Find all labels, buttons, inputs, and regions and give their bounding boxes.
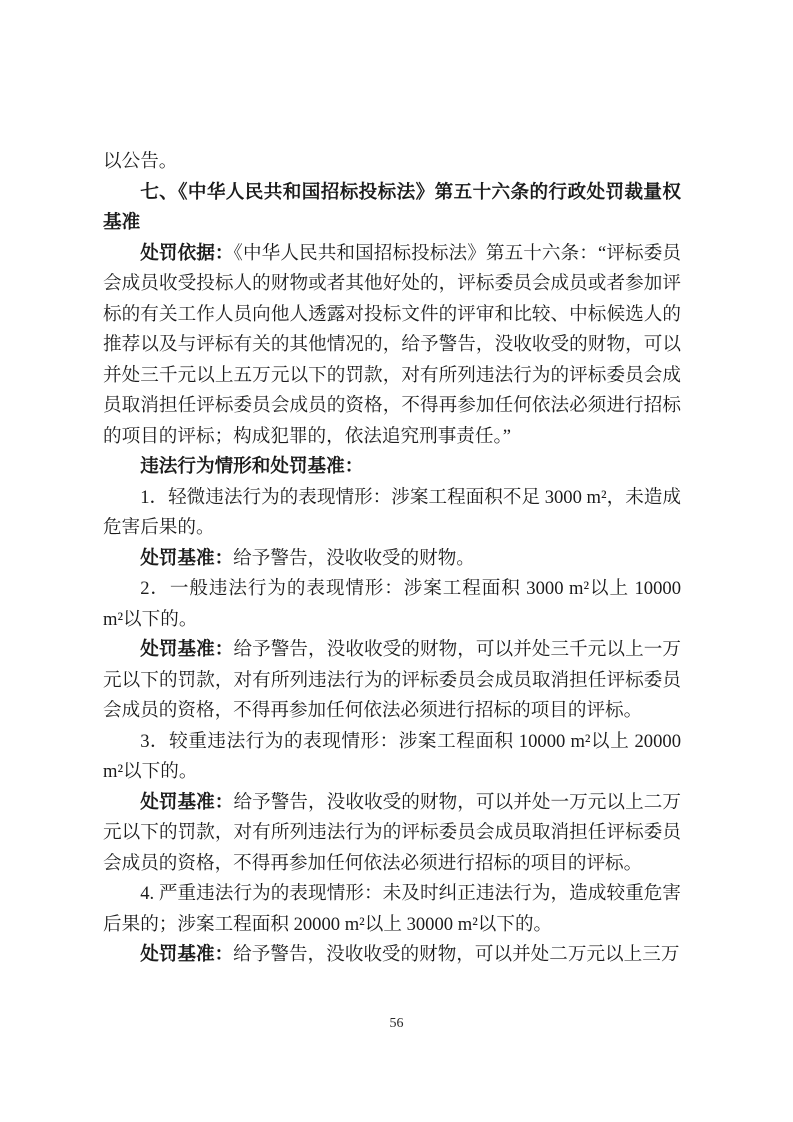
page-number: 56 [0, 1016, 793, 1032]
paragraph-text: 1．轻微违法行为的表现情形：涉案工程面积不足 3000 m²，未造成危害后果的。 [103, 487, 681, 539]
paragraph-penalty-basis: 处罚依据：《中华人民共和国招标投标法》第五十六条：“评标委员会成员收受投标人的财… [103, 239, 681, 453]
document-page: 以公告。 七、《中华人民共和国招标投标法》第五十六条的行政处罚裁量权基准 处罚依… [0, 0, 793, 1122]
heading-text: 违法行为情形和处罚基准： [140, 456, 363, 477]
paragraph-text: 《中华人民共和国招标投标法》第五十六条：“评标委员会成员收受投标人的财物或者其他… [103, 243, 681, 447]
paragraph-text: 给予警告，没收收受的财物。 [233, 548, 475, 569]
document-body: 以公告。 七、《中华人民共和国招标投标法》第五十六条的行政处罚裁量权基准 处罚依… [103, 147, 681, 971]
paragraph-lead: 处罚基准： [140, 944, 233, 965]
paragraph-item-4: 4. 严重违法行为的表现情形：未及时纠正违法行为，造成较重危害后果的；涉案工程面… [103, 879, 681, 940]
paragraph-item-3: 3．较重违法行为的表现情形：涉案工程面积 10000 m²以上 20000 m²… [103, 727, 681, 788]
heading-text: 七、《中华人民共和国招标投标法》第五十六条的行政处罚裁量权基准 [103, 182, 681, 234]
paragraph-item-1: 1．轻微违法行为的表现情形：涉案工程面积不足 3000 m²，未造成危害后果的。 [103, 483, 681, 544]
paragraph-continuation: 以公告。 [103, 147, 681, 178]
paragraph-text: 以公告。 [103, 151, 177, 172]
paragraph-item-2: 2．一般违法行为的表现情形：涉案工程面积 3000 m²以上 10000 m²以… [103, 574, 681, 635]
subsection-heading: 违法行为情形和处罚基准： [103, 452, 681, 483]
paragraph-lead: 处罚依据： [140, 243, 233, 264]
paragraph-item-2-standard: 处罚基准：给予警告，没收收受的财物，可以并处三千元以上一万元以下的罚款，对有所列… [103, 635, 681, 727]
paragraph-lead: 处罚基准： [140, 548, 233, 569]
paragraph-item-1-standard: 处罚基准：给予警告，没收收受的财物。 [103, 544, 681, 575]
paragraph-text: 3．较重违法行为的表现情形：涉案工程面积 10000 m²以上 20000 m²… [103, 731, 681, 783]
paragraph-text: 2．一般违法行为的表现情形：涉案工程面积 3000 m²以上 10000 m²以… [103, 578, 681, 630]
paragraph-text: 4. 严重违法行为的表现情形：未及时纠正违法行为，造成较重危害后果的；涉案工程面… [103, 883, 681, 935]
paragraph-item-4-standard: 处罚基准：给予警告，没收收受的财物，可以并处二万元以上三万 [103, 940, 681, 971]
section-heading: 七、《中华人民共和国招标投标法》第五十六条的行政处罚裁量权基准 [103, 178, 681, 239]
paragraph-lead: 处罚基准： [140, 639, 233, 660]
paragraph-lead: 处罚基准： [140, 792, 233, 813]
paragraph-text: 给予警告，没收收受的财物，可以并处二万元以上三万 [233, 944, 679, 965]
paragraph-item-3-standard: 处罚基准：给予警告，没收收受的财物，可以并处一万元以上二万元以下的罚款，对有所列… [103, 788, 681, 880]
